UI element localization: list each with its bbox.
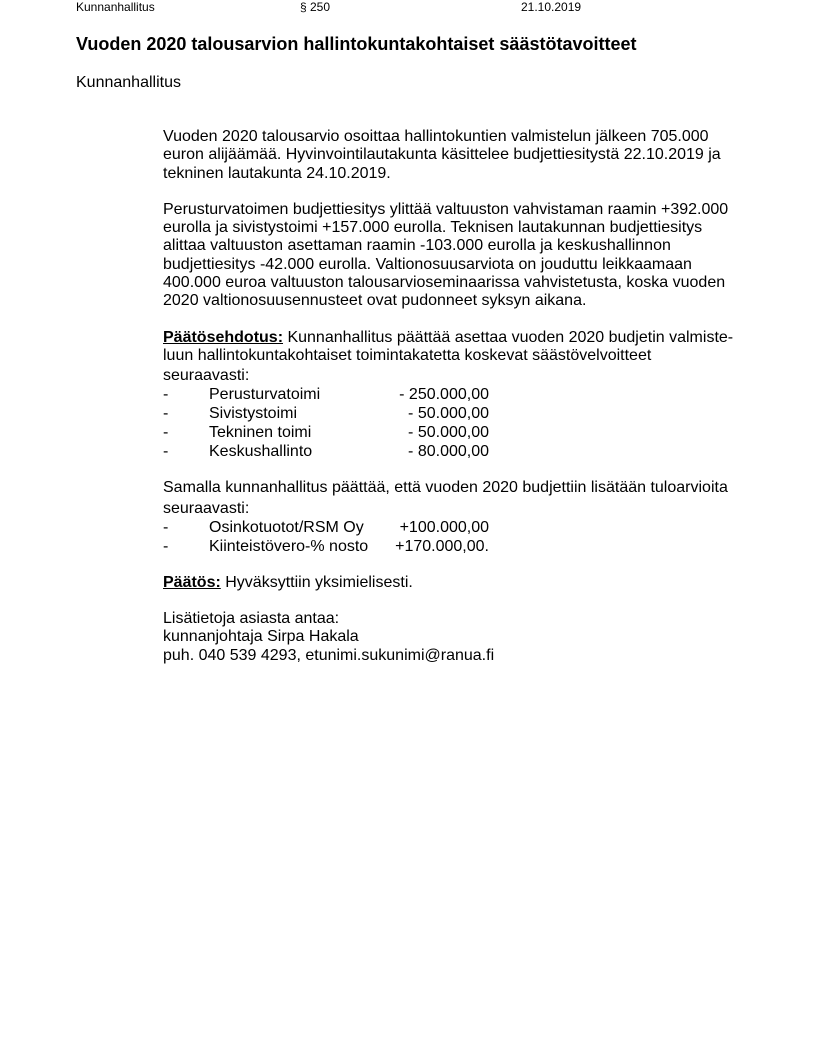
proposal-text-line2: luun hallintokuntakohtaiset toimintakate… bbox=[163, 347, 743, 364]
document-title: Vuoden 2020 talousarvion hallintokuntako… bbox=[76, 33, 636, 55]
list-item: - Tekninen toimi - 50.000,00 bbox=[163, 423, 743, 442]
income-intro-line2: seuraavasti: bbox=[163, 500, 743, 518]
list-item: - Perusturvatoimi - 250.000,00 bbox=[163, 385, 743, 404]
proposal-text-line1: Kunnanhallitus päättää asettaa vuoden 20… bbox=[283, 329, 733, 346]
paragraph-deficit: Vuoden 2020 talousarvio osoittaa hallint… bbox=[163, 128, 743, 183]
proposal-label: Päätösehdotus: bbox=[163, 329, 283, 346]
income-section: Samalla kunnanhallitus päättää, että vuo… bbox=[163, 479, 743, 556]
savings-list: - Perusturvatoimi - 250.000,00 - Sivisty… bbox=[163, 385, 743, 461]
decision-label: Päätös: bbox=[163, 574, 221, 591]
list-item: - Kiinteistövero-% nosto +170.000,00. bbox=[163, 537, 743, 556]
proposal-text-line3: seuraavasti: bbox=[163, 367, 743, 385]
income-intro-line1: Samalla kunnanhallitus päättää, että vuo… bbox=[163, 479, 743, 497]
proposal-section: Päätösehdotus: Kunnanhallitus päättää as… bbox=[163, 329, 743, 462]
header-date: 21.10.2019 bbox=[521, 0, 581, 14]
header-section: § 250 bbox=[300, 0, 330, 14]
body-label: Kunnanhallitus bbox=[76, 74, 181, 92]
document-content: Vuoden 2020 talousarvio osoittaa hallint… bbox=[163, 128, 743, 665]
list-item: - Keskushallinto - 80.000,00 bbox=[163, 442, 743, 461]
contact-line2: kunnanjohtaja Sirpa Hakala bbox=[163, 628, 743, 646]
paragraph-budget-overview: Perusturvatoimen budjettiesitys ylittää … bbox=[163, 201, 743, 311]
contact-line1: Lisätietoja asiasta antaa: bbox=[163, 610, 743, 628]
decision: Päätös: Hyväksyttiin yksimielisesti. bbox=[163, 574, 743, 592]
contact-line3: puh. 040 539 4293, etunimi.sukunimi@ranu… bbox=[163, 647, 743, 665]
contact-info: Lisätietoja asiasta antaa: kunnanjohtaja… bbox=[163, 610, 743, 665]
list-item: - Osinkotuotot/RSM Oy +100.000,00 bbox=[163, 518, 743, 537]
income-list: - Osinkotuotot/RSM Oy +100.000,00 - Kiin… bbox=[163, 518, 743, 556]
decision-text: Hyväksyttiin yksimielisesti. bbox=[221, 574, 413, 591]
header-organ: Kunnanhallitus bbox=[76, 0, 155, 14]
list-item: - Sivistystoimi - 50.000,00 bbox=[163, 404, 743, 423]
